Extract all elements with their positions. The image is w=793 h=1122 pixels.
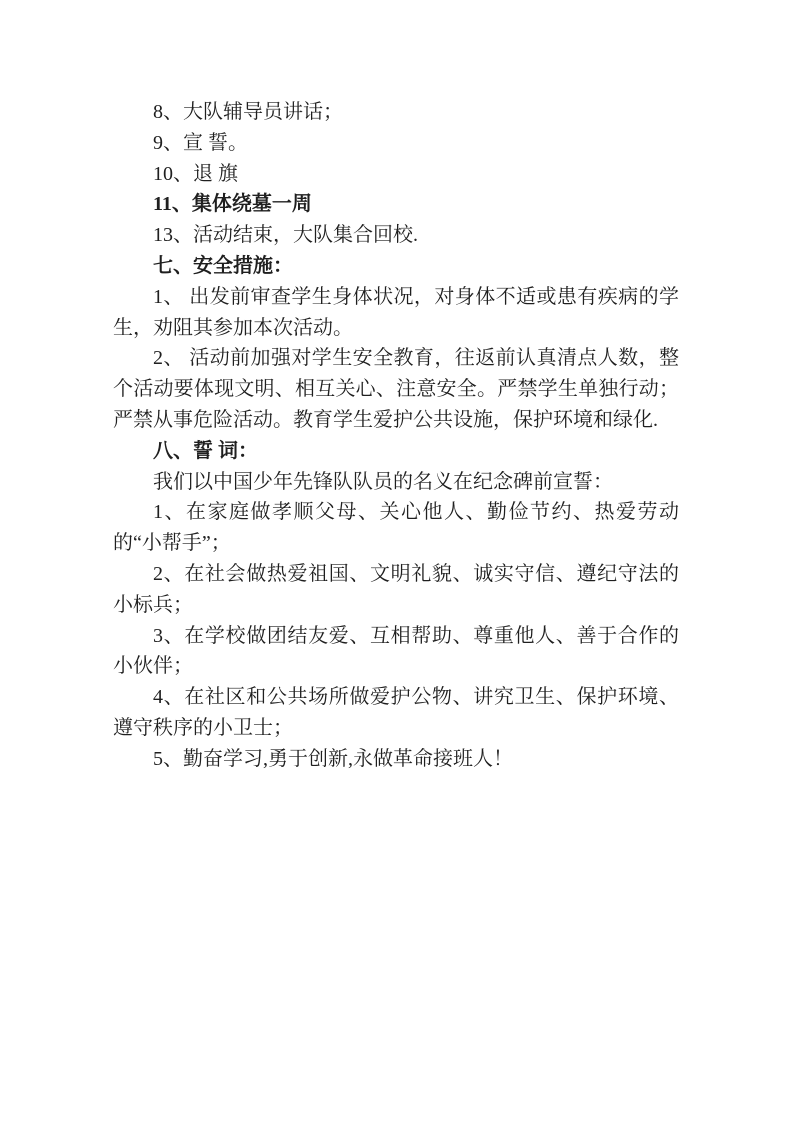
paragraph: 5、勤奋学习,勇于创新,永做革命接班人！	[113, 744, 679, 775]
paragraph: 1、 出发前审查学生身体状况，对身体不适或患有疾病的学生，劝阻其参加本次活动。	[113, 282, 679, 344]
paragraph: 8、大队辅导员讲话；	[113, 97, 679, 128]
paragraph: 11、集体绕墓一周	[113, 189, 679, 220]
paragraph: 2、在社会做热爱祖国、文明礼貌、诚实守信、遵纪守法的小标兵；	[113, 559, 679, 621]
paragraph: 4、在社区和公共场所做爱护公物、讲究卫生、保护环境、遵守秩序的小卫士；	[113, 682, 679, 744]
paragraph: 3、在学校做团结友爱、互相帮助、尊重他人、善于合作的小伙伴；	[113, 621, 679, 683]
document-page: 8、大队辅导员讲话；9、宣 誓。10、退 旗11、集体绕墓一周13、活动结束，大…	[0, 0, 793, 1122]
paragraph: 我们以中国少年先锋队队员的名义在纪念碑前宣誓：	[113, 467, 679, 498]
paragraph: 13、活动结束，大队集合回校.	[113, 220, 679, 251]
paragraph: 八、誓 词：	[113, 436, 679, 467]
document-body: 8、大队辅导员讲话；9、宣 誓。10、退 旗11、集体绕墓一周13、活动结束，大…	[113, 97, 679, 775]
paragraph: 9、宣 誓。	[113, 128, 679, 159]
paragraph: 2、 活动前加强对学生安全教育，往返前认真清点人数，整个活动要体现文明、相互关心…	[113, 343, 679, 435]
paragraph: 10、退 旗	[113, 159, 679, 190]
paragraph: 1、在家庭做孝顺父母、关心他人、勤俭节约、热爱劳动的“小帮手”；	[113, 497, 679, 559]
paragraph: 七、安全措施：	[113, 251, 679, 282]
